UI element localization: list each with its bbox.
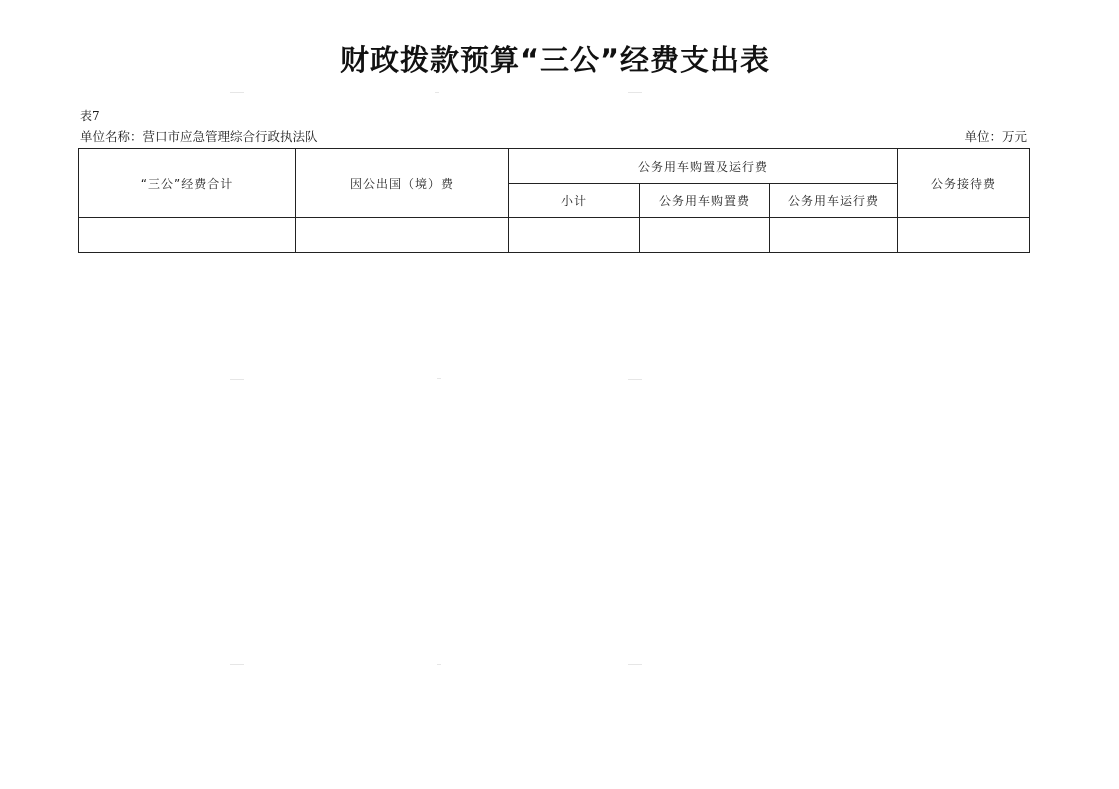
scan-artifact <box>230 664 244 665</box>
header-vehicle-subtotal: 小计 <box>509 184 640 218</box>
cell-vehicle-operation <box>770 218 898 253</box>
header-overseas: 因公出国（境）费 <box>296 149 509 218</box>
cell-total <box>79 218 296 253</box>
cell-vehicle-purchase <box>640 218 770 253</box>
three-public-expenses-table: “三公”经费合计 因公出国（境）费 公务用车购置及运行费 公务接待费 小计 公务… <box>78 148 1030 253</box>
cell-reception <box>898 218 1030 253</box>
scan-artifact <box>230 92 244 93</box>
scan-artifact <box>435 92 439 93</box>
header-reception: 公务接待费 <box>898 149 1030 218</box>
table-header-row: “三公”经费合计 因公出国（境）费 公务用车购置及运行费 公务接待费 <box>79 149 1030 184</box>
header-total: “三公”经费合计 <box>79 149 296 218</box>
scan-artifact <box>628 379 642 380</box>
header-vehicle-group: 公务用车购置及运行费 <box>509 149 898 184</box>
table-number: 表7 <box>80 108 100 124</box>
unit-name-label: 单位名称：营口市应急管理综合行政执法队 <box>80 129 318 145</box>
scan-artifact <box>628 664 642 665</box>
cell-vehicle-subtotal <box>509 218 640 253</box>
scan-artifact <box>437 378 441 379</box>
scan-artifact <box>437 664 441 665</box>
header-vehicle-operation: 公务用车运行费 <box>770 184 898 218</box>
scan-artifact <box>628 92 642 93</box>
scan-artifact <box>230 379 244 380</box>
unit-measure-label: 单位：万元 <box>964 129 1027 145</box>
cell-overseas <box>296 218 509 253</box>
header-vehicle-purchase: 公务用车购置费 <box>640 184 770 218</box>
page-title: 财政拨款预算“三公”经费支出表 <box>0 40 1110 80</box>
table-row <box>79 218 1030 253</box>
